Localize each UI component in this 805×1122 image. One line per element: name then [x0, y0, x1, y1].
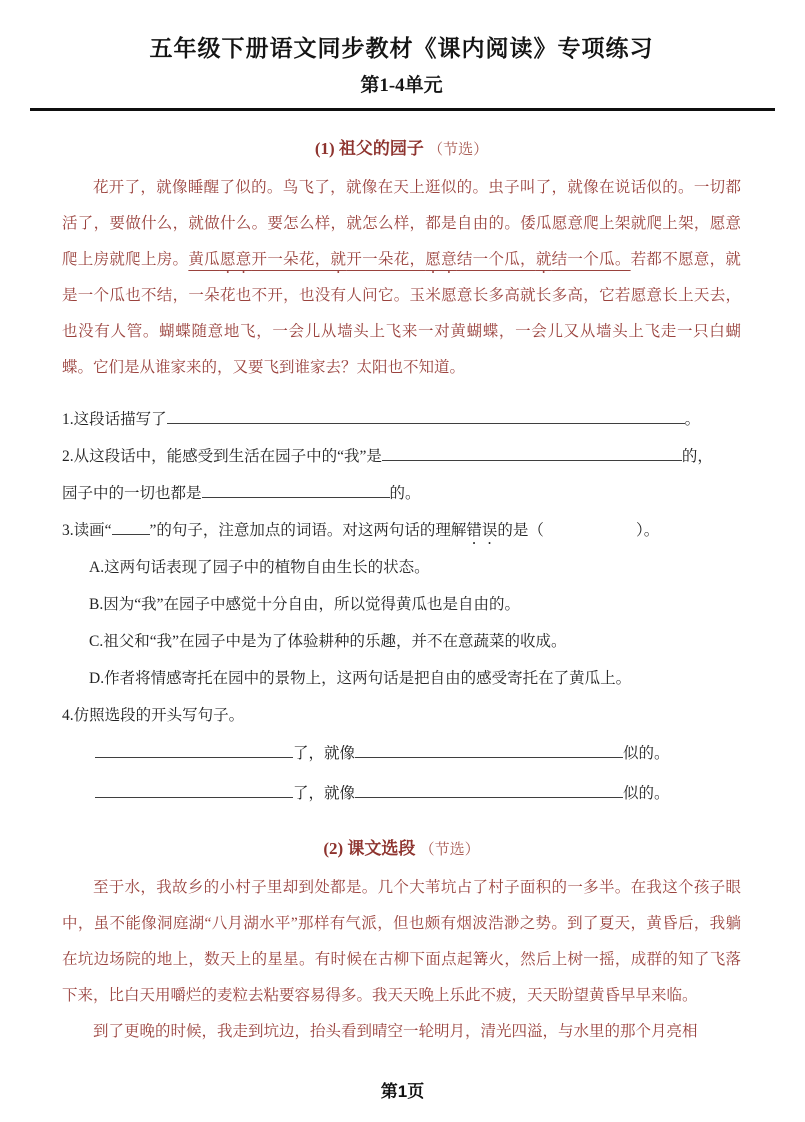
- section2-heading: (2) 课文选段 （节选）: [62, 838, 741, 861]
- question4-label: 4.仿照选段的开头写句子。: [62, 707, 244, 724]
- question2-suffix: 的。: [390, 485, 421, 502]
- question2-line2-label: 园子中的一切也都是: [62, 485, 202, 502]
- question3-close: ）。: [636, 522, 659, 539]
- section1-passage: 花开了，就像睡醒了似的。鸟飞了，就像在天上逛似的。虫子叫了，就像在说话似的。一切…: [62, 170, 741, 386]
- answer-blank: [167, 408, 685, 424]
- section1-title: 祖父的园子: [339, 139, 424, 158]
- dotted-segment: 就: [331, 251, 347, 268]
- segment: 结一个瓜，: [457, 251, 536, 268]
- inline-blank: [112, 519, 150, 535]
- option-a: A.这两句话表现了园子中的植物自由生长的状态。: [62, 549, 741, 586]
- section2-note: （节选）: [420, 842, 480, 858]
- answer-blank: [355, 742, 623, 758]
- question3-prefix: 3.读画“: [62, 522, 112, 539]
- page-number: 第1页: [0, 1077, 805, 1102]
- section2-passage: 至于水，我故乡的小村子里却到处都是。几个大苇坑占了村子面积的一多半。在我这个孩子…: [62, 870, 741, 1050]
- question1-label: 1.这段话描写了: [62, 411, 167, 428]
- dotted-segment: 愿意: [220, 251, 252, 268]
- segment: 开一朵花，: [252, 251, 331, 268]
- section1-questions: 1.这段话描写了。 2.从这段话中，能感受到生活在园子中的“我”是的， 园子中的…: [62, 401, 741, 814]
- question-2-line2: 园子中的一切也都是的。: [62, 475, 741, 512]
- option-c: C.祖父和“我”在园子中是为了体验耕种的乐趣，并不在意蔬菜的收成。: [62, 623, 741, 660]
- question2-label: 2.从这段话中，能感受到生活在园子中的“我”是: [62, 448, 382, 465]
- template-mid: 了，就像: [293, 745, 355, 762]
- passage1-part2: 若都不愿意，就是一个瓜也不结，一朵花也不开，也没有人问它。玉米愿意长多高就长多高…: [62, 251, 741, 376]
- segment: 黄瓜: [188, 251, 220, 268]
- segment: 结一个瓜。: [552, 251, 631, 268]
- title-divider: [30, 108, 775, 111]
- question2-mid: 的，: [682, 448, 713, 465]
- question3-options: A.这两句话表现了园子中的植物自由生长的状态。 B.因为“我”在园子中感觉十分自…: [62, 549, 741, 697]
- option-b: B.因为“我”在园子中感觉十分自由，所以觉得黄瓜也是自由的。: [62, 586, 741, 623]
- question1-suffix: 。: [685, 411, 701, 428]
- answer-blank: [202, 482, 390, 498]
- section2-title: 课文选段: [347, 839, 415, 858]
- answer-blank: [95, 742, 293, 758]
- question-1: 1.这段话描写了。: [62, 401, 741, 438]
- answer-blank: [95, 782, 293, 798]
- template-end: 似的。: [623, 745, 670, 762]
- question4-template-2: 了，就像似的。: [62, 774, 741, 814]
- template-mid: 了，就像: [293, 785, 355, 802]
- question4-template-1: 了，就像似的。: [62, 734, 741, 774]
- option-d: D.作者将情感寄托在园中的景物上，这两句话是把自由的感受寄托在了黄瓜上。: [62, 660, 741, 697]
- section1-number: (1): [315, 139, 339, 158]
- section1-heading: (1) 祖父的园子 （节选）: [62, 138, 741, 161]
- page-title: 五年级下册语文同步教材《课内阅读》专项练习: [62, 30, 741, 63]
- passage2-paragraph-1: 至于水，我故乡的小村子里却到处都是。几个大苇坑占了村子面积的一多半。在我这个孩子…: [62, 870, 741, 1014]
- answer-blank: [355, 782, 623, 798]
- dotted-segment: 愿意: [425, 251, 457, 268]
- question-4: 4.仿照选段的开头写句子。: [62, 697, 741, 734]
- template-end: 似的。: [623, 785, 670, 802]
- worksheet-page: 五年级下册语文同步教材《课内阅读》专项练习 第1-4单元 (1) 祖父的园子 （…: [0, 0, 805, 1122]
- question-2: 2.从这段话中，能感受到生活在园子中的“我”是的，: [62, 438, 741, 475]
- question-3: 3.读画“”的句子，注意加点的词语。对这两句话的理解错误的是（）。: [62, 512, 741, 549]
- underlined-sentence: 黄瓜愿意开一朵花，就开一朵花，愿意结一个瓜，就结一个瓜。: [188, 251, 630, 268]
- question3-dotted-word: 错误: [466, 522, 497, 539]
- question3-text: ”的句子，注意加点的词语。对这两句话的理解: [150, 522, 467, 539]
- dotted-segment: 就: [536, 251, 552, 268]
- page-subtitle: 第1-4单元: [62, 70, 741, 97]
- passage1-paragraph: 花开了，就像睡醒了似的。鸟飞了，就像在天上逛似的。虫子叫了，就像在说话似的。一切…: [62, 170, 741, 386]
- section1-note: （节选）: [428, 142, 488, 158]
- answer-blank: [382, 445, 682, 461]
- question3-text2: 的是（: [497, 522, 544, 539]
- section2-number: (2): [323, 839, 347, 858]
- passage2-paragraph-2: 到了更晚的时候，我走到坑边，抬头看到晴空一轮明月，清光四溢，与水里的那个月亮相: [62, 1014, 741, 1050]
- segment: 开一朵花，: [346, 251, 425, 268]
